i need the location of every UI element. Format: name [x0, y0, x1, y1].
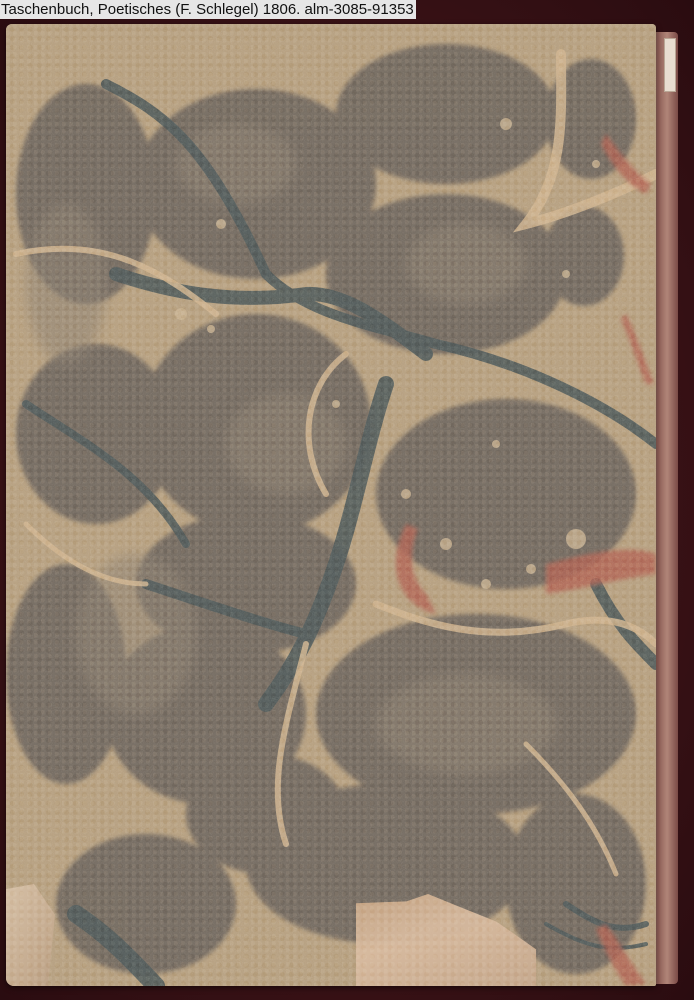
bookmark-tab — [664, 38, 676, 92]
marbled-pattern — [6, 24, 656, 986]
marbled-cover — [6, 24, 656, 986]
photo-stage: Taschenbuch, Poetisches (F. Schlegel) 18… — [0, 0, 694, 1000]
image-caption: Taschenbuch, Poetisches (F. Schlegel) 18… — [0, 0, 416, 19]
book — [6, 24, 678, 990]
